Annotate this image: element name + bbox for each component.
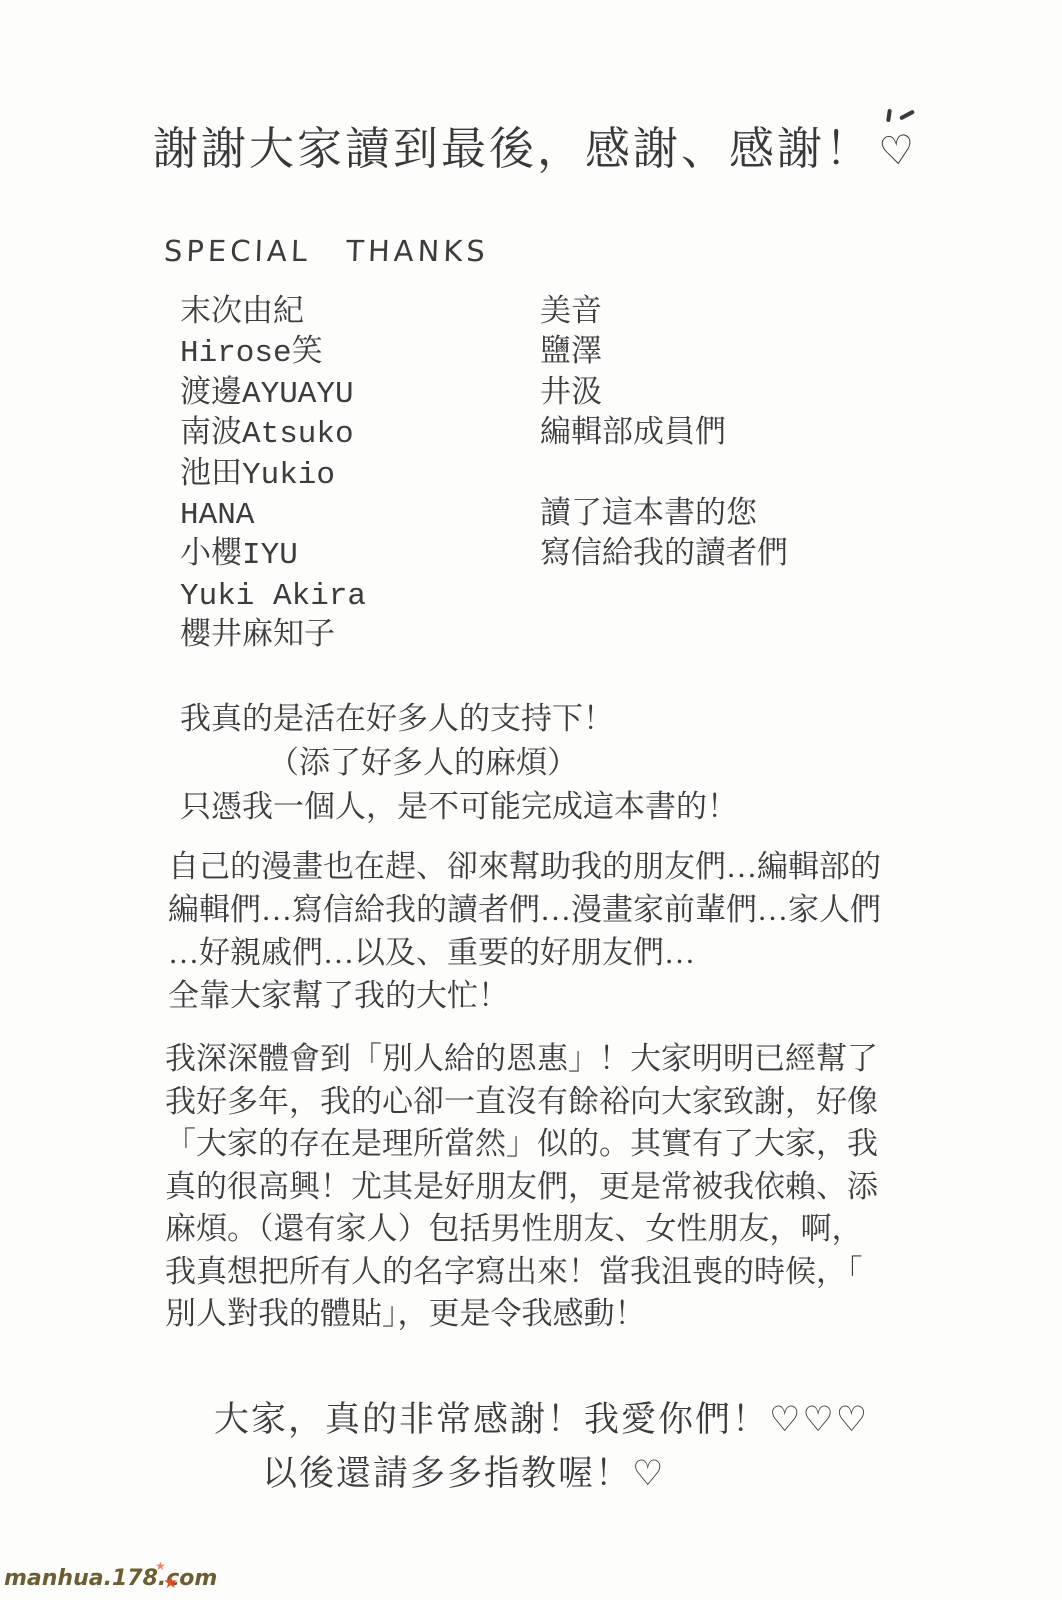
paragraph-line: （添了好多人的麻煩） [180, 741, 738, 785]
paragraph-line: 全靠大家幫了我的大忙！ [168, 974, 881, 1017]
paragraph-line: …好親戚們…以及、重要的好朋友們… [168, 931, 881, 974]
thanks-name-right: 寫信給我的讀者們 [540, 536, 980, 576]
thanks-name-right [540, 617, 980, 657]
thanks-name-left: Yuki Akira [180, 577, 540, 617]
paragraph-gratitude: 我深深體會到「別人給的恩惠」！大家明明已經幫了 我好多年，我的心卻一直沒有餘裕向… [165, 1038, 878, 1336]
star-icon: ★ [155, 1560, 166, 1572]
closing-thanks-line: 大家，真的非常感謝！我愛你們！♡♡♡ [214, 1392, 869, 1442]
thanks-name-right: 編輯部成員們 [540, 415, 980, 455]
paragraph-line: 「大家的存在是理所當然」似的。其實有了大家，我 [165, 1123, 878, 1166]
thanks-name-right [540, 456, 980, 496]
thanks-name-right [540, 577, 980, 617]
thanks-name-left: 櫻井麻知子 [180, 617, 540, 657]
watermark-manhua178: manhua.178.com [4, 1566, 217, 1591]
paragraph-line: 真的很高興！尤其是好朋友們，更是常被我依賴、添 [165, 1166, 878, 1209]
thanks-name-left: HANA [180, 496, 540, 536]
thanks-name-left: 小櫻IYU [180, 536, 540, 576]
thanks-name-right: 鹽澤 [540, 334, 980, 374]
paragraph-line: 麻煩。（還有家人）包括男性朋友、女性朋友，啊， [165, 1208, 878, 1251]
paragraph-line: 我好多年，我的心卻一直沒有餘裕向大家致謝，好像 [165, 1081, 878, 1124]
thanks-name-right: 井汲 [540, 375, 980, 415]
thanks-name-right: 美音 [540, 294, 980, 334]
page-title: 謝謝大家讀到最後，感謝、感謝！♡ [153, 112, 918, 177]
title-text: 謝謝大家讀到最後，感謝、感謝！ [153, 124, 873, 174]
thanks-name-left: 池田Yukio [180, 456, 540, 496]
star-icon: ★ [163, 1574, 178, 1591]
paragraph-support: 我真的是活在好多人的支持下！ （添了好多人的麻煩） 只憑我一個人，是不可能完成這… [180, 697, 738, 829]
thanks-name-right: 讀了這本書的您 [540, 496, 980, 536]
paragraph-helpers: 自己的漫畫也在趕、卻來幫助我的朋友們…編輯部的 編輯們…寫信給我的讀者們…漫畫家… [168, 845, 881, 1017]
thanks-name-left: Hirose笑 [180, 334, 540, 374]
thanks-name-left: 南波Atsuko [180, 415, 540, 455]
paragraph-line: 別人對我的體貼」，更是令我感動！ [165, 1293, 878, 1336]
paragraph-line: 編輯們…寫信給我的讀者們…漫畫家前輩們…家人們 [168, 888, 881, 931]
paragraph-line: 只憑我一個人，是不可能完成這本書的！ [180, 785, 738, 829]
special-thanks-heading: SPECIAL THANKS [163, 234, 489, 268]
manga-afterword-page: 謝謝大家讀到最後，感謝、感謝！♡ SPECIAL THANKS 末次由紀 美音 … [0, 0, 1062, 1600]
heart-icon: ♡ [877, 125, 921, 176]
thanks-name-left: 末次由紀 [180, 294, 540, 334]
thanks-name-left: 渡邊AYUAYU [180, 375, 540, 415]
closing-regards-line: 以後還請多多指教喔！♡ [262, 1446, 665, 1496]
paragraph-line: 自己的漫畫也在趕、卻來幫助我的朋友們…編輯部的 [168, 845, 881, 888]
special-thanks-list: 末次由紀 美音 Hirose笑 鹽澤 渡邊AYUAYU 井汲 南波Atsuko … [180, 294, 980, 658]
heart-sparkle-icon: ♡ [879, 123, 918, 175]
paragraph-line: 我真想把所有人的名字寫出來！當我沮喪的時候，「 [165, 1251, 878, 1294]
paragraph-line: 我真的是活在好多人的支持下！ [180, 697, 738, 741]
paragraph-line: 我深深體會到「別人給的恩惠」！大家明明已經幫了 [165, 1038, 878, 1081]
